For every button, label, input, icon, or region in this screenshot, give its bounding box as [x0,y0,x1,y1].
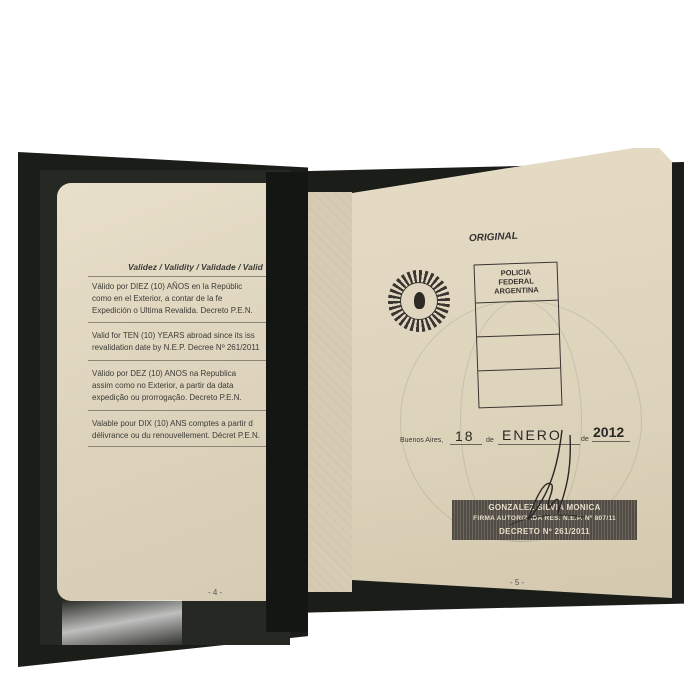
page-gutter [308,192,352,592]
date-prefix: Buenos Aires, [400,437,443,444]
passport-scene: Validez / Validity / Validade / Valid Vá… [0,0,700,700]
holder-strap [266,172,308,632]
text-line: Válido por DIEZ (10) AÑOS en la Repúblic [92,281,282,293]
page-number-5: - 5 - [510,578,524,587]
date-day: 18 [455,428,475,444]
text-line: revalidation date by N.E.P. Decree Nº 26… [92,342,282,354]
validity-heading: Validez / Validity / Validade / Valid [128,262,263,272]
divider [88,276,282,277]
date-underline [592,441,630,442]
text-line: délivrance ou du renouvellement. Décret … [92,430,282,442]
text-line: Válido por DEZ (10) ANOS na Republica [92,368,282,380]
divider [88,322,282,323]
text-line: assim como no Exterior, a partir da data [92,380,282,392]
text-line: Valable pour DIX (10) ANS comptes a part… [92,418,282,430]
validity-block-fr: Valable pour DIX (10) ANS comptes a part… [92,418,282,442]
signature [500,425,590,535]
date-de: de [486,437,494,444]
page-number-4: - 4 - [208,588,222,597]
validity-block-en: Valid for TEN (10) YEARS abroad since it… [92,330,282,354]
date-underline [450,444,482,445]
validity-block-es: Válido por DIEZ (10) AÑOS en la Repúblic… [92,281,282,317]
police-stamp-box: POLICIA FEDERAL ARGENTINA [474,262,563,409]
police-box-cell [477,335,560,372]
text-line: como en el Exterior, a contar de la fe [92,293,282,305]
validity-block-pt: Válido por DEZ (10) ANOS na Republica as… [92,368,282,404]
divider [88,410,282,411]
police-seal-icon [388,270,450,332]
text-line: ARGENTINA [475,285,557,297]
police-box-cell [476,301,559,338]
text-line: Expedición o Ultima Revalida. Decreto P.… [92,305,282,317]
text-line: expedição ou prorrogação. Decreto P.E.N. [92,392,282,404]
divider [88,360,282,361]
divider [88,446,282,447]
date-year: 2012 [593,424,624,440]
police-box-header: POLICIA FEDERAL ARGENTINA [475,263,558,304]
text-line: Valid for TEN (10) YEARS abroad since it… [92,330,282,342]
police-box-cell [478,369,561,405]
plastic-sleeve-glare [62,600,182,645]
